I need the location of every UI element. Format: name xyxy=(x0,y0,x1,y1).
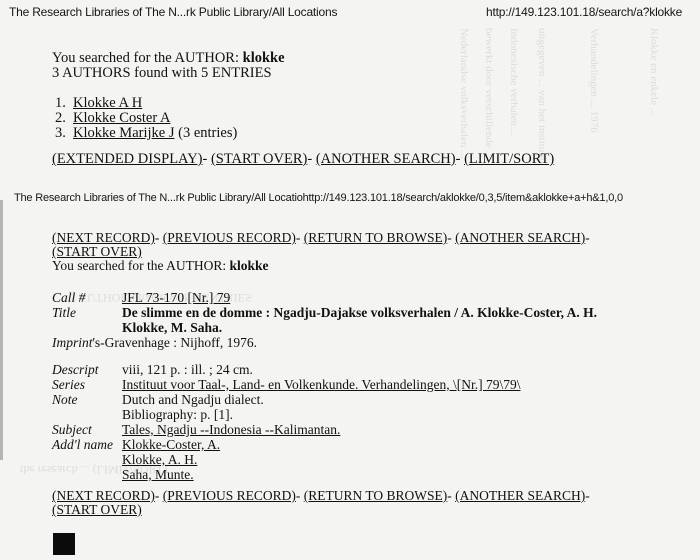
added-name-row: Add'l nameKlokke-Coster, A. xyxy=(52,437,597,452)
page2-nav-top: (NEXT RECORD)- (PREVIOUS RECORD)- (RETUR… xyxy=(52,231,590,273)
page2-nav-bottom: (NEXT RECORD)- (PREVIOUS RECORD)- (RETUR… xyxy=(52,489,590,517)
scan-edge xyxy=(0,200,3,460)
limit-sort-link[interactable]: (LIMIT/SORT) xyxy=(464,151,554,167)
start-over-link[interactable]: (START OVER) xyxy=(211,151,307,167)
next-record-link[interactable]: (NEXT RECORD) xyxy=(52,230,155,245)
black-square-marker xyxy=(53,533,75,555)
bib-record: Call #JFL 73-170 [Nr.] 79 TitleDe slimme… xyxy=(52,290,597,482)
another-search-link[interactable]: (ANOTHER SEARCH) xyxy=(316,151,456,167)
start-over-link[interactable]: (START OVER) xyxy=(52,502,142,517)
call-number-link[interactable]: JFL 73-170 [Nr.] 79 xyxy=(122,290,230,305)
added-name-link[interactable]: Klokke, A. H. xyxy=(122,452,197,467)
list-item: 3.Klokke Marijke J (3 entries) xyxy=(55,126,237,141)
note-row: NoteDutch and Ngadju dialect. xyxy=(52,392,597,407)
author-link[interactable]: Klokke A H xyxy=(73,95,142,111)
search-term: klokke xyxy=(243,50,285,66)
bleed-through-text: Indonesische verhalen ... xyxy=(508,28,520,137)
page2-header: The Research Libraries of The N...rk Pub… xyxy=(14,192,623,204)
series-row: SeriesInstituut voor Taal-, Land- en Vol… xyxy=(52,377,597,392)
next-record-link[interactable]: (NEXT RECORD) xyxy=(52,488,155,503)
bleed-through-text: Verhandelingen ... 1976 xyxy=(588,28,600,133)
search-query-line: You searched for the AUTHOR: klokke xyxy=(52,51,285,66)
subject-link[interactable]: Tales, Ngadju --Indonesia --Kalimantan. xyxy=(122,422,340,437)
added-name-link[interactable]: Saha, Munte. xyxy=(122,467,194,482)
added-name-link[interactable]: Klokke-Coster, A. xyxy=(122,437,220,452)
author-list: 1.Klokke A H 2.Klokke Coster A 3.Klokke … xyxy=(55,96,237,141)
call-number-row: Call #JFL 73-170 [Nr.] 79 xyxy=(52,290,597,305)
imprint-row: Imprint's-Gravenhage : Nijhoff, 1976. xyxy=(52,335,597,350)
previous-record-link[interactable]: (PREVIOUS RECORD) xyxy=(163,488,296,503)
search-query-line: You searched for the AUTHOR: klokke xyxy=(52,259,590,273)
page-url: http://149.123.101.18/search/a?klokke xyxy=(486,5,682,19)
bleed-through-text: bewerkt door verschillende ... xyxy=(483,28,495,159)
series-link[interactable]: Instituut voor Taal-, Land- en Volkenkun… xyxy=(122,377,520,392)
previous-record-link[interactable]: (PREVIOUS RECORD) xyxy=(163,230,296,245)
title-row: TitleDe slimme en de domme : Ngadju-Daja… xyxy=(52,305,597,320)
author-link[interactable]: Klokke Coster A xyxy=(73,110,170,126)
bleed-through-text: Klokke en enkele ... xyxy=(648,28,660,116)
search-term: klokke xyxy=(229,258,268,273)
another-search-link[interactable]: (ANOTHER SEARCH) xyxy=(455,488,585,503)
return-to-browse-link[interactable]: (RETURN TO BROWSE) xyxy=(304,230,448,245)
start-over-link[interactable]: (START OVER) xyxy=(52,244,142,259)
extended-display-link[interactable]: (EXTENDED DISPLAY) xyxy=(52,151,203,167)
description-row: Descriptviii, 121 p. : ill. ; 24 cm. xyxy=(52,362,597,377)
page1-nav: (EXTENDED DISPLAY)- (START OVER)- (ANOTH… xyxy=(52,151,554,168)
window-title: The Research Libraries of The N...rk Pub… xyxy=(9,5,337,19)
author-link[interactable]: Klokke Marijke J xyxy=(73,125,174,141)
search-summary: You searched for the AUTHOR: klokke 3 AU… xyxy=(52,51,285,81)
subject-row: SubjectTales, Ngadju --Indonesia --Kalim… xyxy=(52,422,597,437)
return-to-browse-link[interactable]: (RETURN TO BROWSE) xyxy=(304,488,448,503)
another-search-link[interactable]: (ANOTHER SEARCH) xyxy=(455,230,585,245)
bleed-through-text: Nederlandse volksverhalen ... xyxy=(458,28,470,158)
bleed-through-text: uitgegeven ... van het instituut xyxy=(536,28,548,161)
list-item: 1.Klokke A H xyxy=(55,96,237,111)
list-item: 2.Klokke Coster A xyxy=(55,111,237,126)
results-count: 3 AUTHORS found with 5 ENTRIES xyxy=(52,66,285,81)
